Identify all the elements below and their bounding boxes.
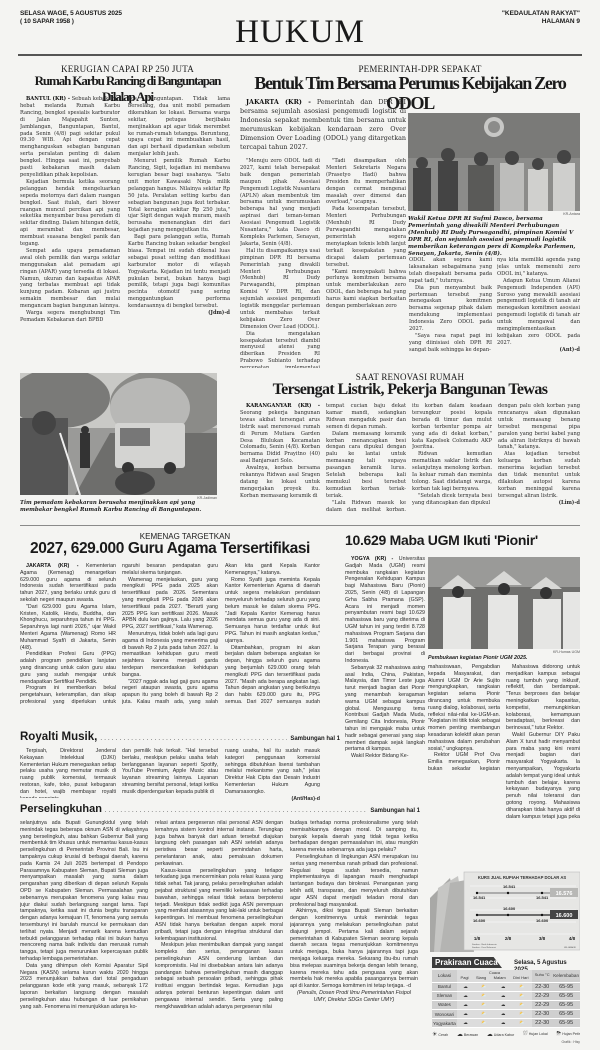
cloud-icon: ☁ (494, 991, 511, 1000)
listrik-column-1: KARANGANYAR (KR) - Seorang pekerja bangu… (240, 403, 320, 513)
kurs-chart: KURS JUAL RUPIAH TERHADAP DOLAR AS 16.54… (430, 868, 580, 952)
odol-column-3: ODOL akan segera kami laksanakan sebagai… (409, 257, 492, 367)
weather-row: Bantul ☁⛅☁⛅ 22-30 65-95 (432, 982, 580, 991)
svg-text:Sumber : Bank Indonesia: Sumber : Bank Indonesia (472, 943, 497, 946)
svg-text:Sumber : Kurs Referensi: Sumber : Kurs Referensi (472, 946, 496, 949)
royalti-column-1: Terpisah, Direktorat Jenderal Kekayaan I… (20, 748, 116, 798)
svg-text:KR-GRAFIK: KR-GRAFIK (564, 946, 576, 949)
svg-text:16.576: 16.576 (556, 891, 573, 897)
guru-column-1: JAKARTA (KR) - Kementerian Agama (Kemena… (20, 563, 116, 706)
legend-udara-kabur: ☁ Udara Kabur (487, 1031, 514, 1038)
svg-text:KURS JUAL RUPIAH TERHADAP DOLA: KURS JUAL RUPIAH TERHADAP DOLAR AS (478, 875, 567, 880)
svg-text:4/8: 4/8 (569, 936, 576, 941)
legend-cerah: ☀ Cerah (432, 1031, 448, 1038)
sun-cloud-icon: ⛅ (512, 991, 532, 1000)
svg-text:16.541: 16.541 (473, 895, 486, 900)
odol-column-1: "Menuju zero ODOL tadi di 2027, kami tel… (240, 158, 320, 368)
odol-photo (408, 113, 580, 211)
ugm-photo (428, 557, 580, 649)
odol-column-2: "Tadi disampaikan oleh Menteri Sekretari… (326, 158, 406, 368)
sun-cloud-icon: ⛅ (474, 1000, 494, 1009)
svg-text:2/8: 2/8 (505, 936, 512, 941)
royalti-headline[interactable]: Royalti Musik, (20, 731, 97, 743)
royalti-continued[interactable]: Sambungan hal 1 (290, 736, 340, 742)
leader-dots: ........................................… (105, 808, 367, 814)
sun-cloud-icon: ⛅ (512, 1019, 532, 1028)
leader-dots: ........................................… (100, 736, 287, 742)
section-divider (20, 525, 580, 526)
weather-legend: ☀ Cerah ☁ Berawan ☁ Udara Kabur ⛆ Hujan … (432, 1031, 580, 1038)
haze-icon: ☁ (487, 1032, 493, 1038)
ugm-photo-credit: KR-Humas UGM (428, 650, 580, 654)
listrik-headline[interactable]: Tersengat Listrik, Pekerja Bangunan Tewa… (240, 381, 580, 399)
weather-title: Prakiraan Cuaca (435, 958, 498, 967)
sun-cloud-icon: ⛅ (474, 1010, 494, 1019)
selingkuh-continued[interactable]: Sambungan hal 1 (370, 808, 420, 814)
ugm-column-2: mahasiswaan, Pengabdian kepada Masyaraka… (428, 664, 500, 772)
rain-icon: ⛆ (523, 1031, 528, 1037)
legend-hujan-petir: ⛈ Hujan Petir (556, 1031, 580, 1038)
cloud-icon: ☁ (457, 1000, 474, 1009)
svg-text:16.541: 16.541 (503, 884, 516, 889)
masthead-rule (18, 54, 582, 56)
fire-photo-caption: Tim pemadam kebakaran berusaha menjinakk… (20, 500, 217, 514)
ugm-column-3: Mahasiswa didorong untuk menjadikan kamp… (506, 664, 580, 820)
sun-cloud-icon: ⛅ (512, 982, 532, 991)
selingkuh-header: Perselingkuhan .........................… (20, 803, 420, 817)
selingkuh-headline[interactable]: Perselingkuhan (20, 803, 102, 815)
selingkuh-column-2: relasi antara pergeseran nilai personal … (155, 820, 283, 1042)
cloud-icon: ☁ (457, 991, 474, 1000)
sun-cloud-icon: ⛅ (474, 991, 494, 1000)
weather-row: Wonosari ☁⛅☁⛅ 22-30 65-95 (432, 1010, 580, 1019)
weather-header: Prakiraan Cuaca Selasa, 5 Agustus 2025 (432, 957, 580, 968)
cloud-icon: ☁ (494, 1019, 511, 1028)
sun-cloud-icon: ⛅ (512, 1010, 532, 1019)
royalti-signoff: (Ant/Has)-d (291, 796, 320, 802)
royalti-header: Royalti Musik, .........................… (20, 731, 340, 745)
cloud-icon: ☁ (457, 1010, 474, 1019)
thunder-icon: ⛈ (556, 1031, 561, 1037)
sun-cloud-icon: ⛅ (474, 1019, 494, 1028)
selingkuh-column-3: budaya terhadap norma profesionalisme ya… (290, 820, 418, 1042)
cloud-icon: ☁ (457, 1032, 463, 1038)
svg-text:3/8: 3/8 (539, 936, 546, 941)
fire-column-2: Pos Banguntapan. Tidak lama berselang, d… (128, 96, 230, 372)
ugm-headline[interactable]: 10.629 Maba UGM Ikuti 'Pionir' (345, 531, 580, 549)
legend-berawan: ☁ Berawan (457, 1031, 478, 1038)
svg-text:16.541: 16.541 (536, 895, 549, 900)
odol-photo-caption: Wakil Ketua DPR RI Sufmi Dasco, bersama … (408, 216, 580, 259)
paper-name: "KEDAULATAN RAKYAT" (502, 10, 580, 18)
odol-lead: JAKARTA (KR) - Pemerintah dan DPR RI ber… (240, 98, 406, 153)
odol-column-4: nya kita memiliki agenda yang jelas untu… (497, 257, 580, 367)
cloud-icon: ☁ (457, 982, 474, 991)
weather-credit: Grafik : Hisy (432, 1040, 580, 1044)
fire-column-1: BANTUL (KR) - Sebuah kebakaran hebat mel… (20, 96, 120, 372)
paper-info: "KEDAULATAN RAKYAT" HALAMAN 9 (502, 10, 580, 26)
svg-text:16.600: 16.600 (473, 918, 486, 923)
svg-text:1/8: 1/8 (474, 936, 481, 941)
svg-text:16.600: 16.600 (503, 906, 516, 911)
weather-row: Yogyakarta ☁⛅☁⛅ 22-30 65-95 (432, 1019, 580, 1028)
svg-text:16.600: 16.600 (556, 913, 573, 919)
cloud-icon: ☁ (494, 1010, 511, 1019)
royalti-column-2: dan pemilik hak terkait. "Hal tersebut b… (122, 748, 218, 798)
ugm-column-1: YOGYA (KR) - Universitas Gadjah Mada (UG… (345, 556, 425, 771)
sun-cloud-icon: ⛅ (474, 982, 494, 991)
sun-cloud-icon: ⛅ (512, 1000, 532, 1009)
cloud-icon: ☁ (457, 1019, 474, 1028)
selingkuh-column-1: selanjutnya ada Bupati Gunungkidul yang … (20, 820, 148, 1042)
fire-signoff: (Jdm)-d (208, 310, 230, 317)
listrik-signoff: (Lim)-d (559, 500, 580, 507)
weather-row: Sleman ☁⛅☁⛅ 22-29 65-95 (432, 991, 580, 1000)
cloud-icon: ☁ (494, 982, 511, 991)
guru-column-2: ngaruhi besaran pendapatan guru melalui … (122, 563, 218, 706)
odol-signoff: (Ant)-d (559, 347, 580, 354)
weather-row: Wates ☁⛅☁⛅ 22-29 65-95 (432, 1000, 580, 1009)
page-number: HALAMAN 9 (502, 18, 580, 26)
sun-icon: ☀ (432, 1032, 437, 1038)
svg-text:16.600: 16.600 (536, 918, 549, 923)
fire-photo (20, 373, 217, 495)
weather-table: Lokasi Cuaca PagiSiangMalamDini Hari Suh… (432, 970, 580, 1044)
ugm-photo-caption: Pembukaan kegiatan Pionir UGM 2025. (428, 655, 580, 662)
listrik-column-2: tempat cucian baju dekat kamar mandi, se… (326, 403, 406, 513)
guru-headline[interactable]: 2027, 629.000 Guru Agama Tersertifikasi (20, 540, 320, 558)
cloud-icon: ☁ (494, 1000, 511, 1009)
listrik-column-3: itu korban dalam keadaan tersungkur posi… (412, 403, 492, 513)
guru-column-3: Akan kita ganti Kepala Kantor Kemenagnya… (225, 563, 320, 706)
legend-hujan-lokal: ⛆ Hujan Lokal (523, 1031, 548, 1038)
royalti-column-3: ruang usaha, hal itu sudah masuk kategor… (225, 748, 320, 802)
listrik-column-4: dengan palu oleh korban yang rencananya … (498, 403, 580, 513)
